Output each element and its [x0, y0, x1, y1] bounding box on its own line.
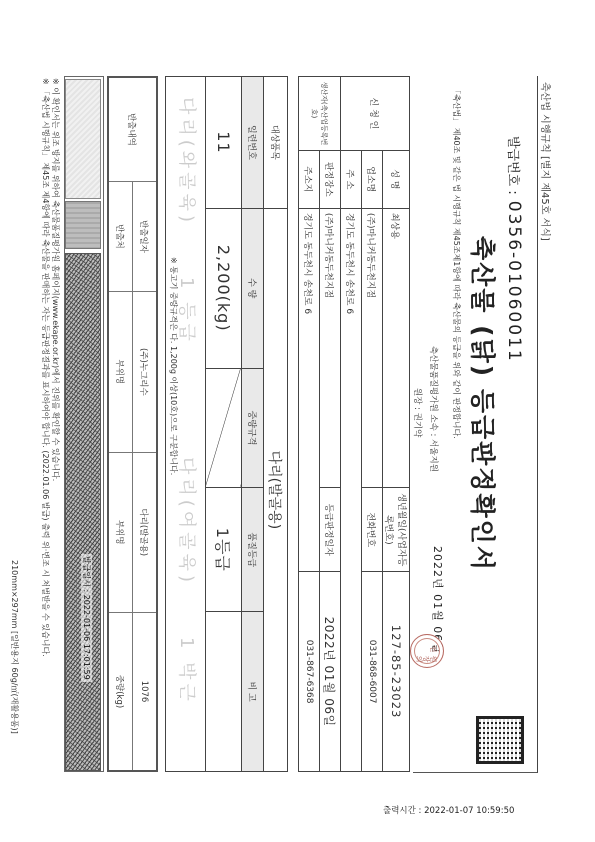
weight-spec-note: ※ 통고기 중량규격은 다. 1,200g 이상(10호)으로 구분합니다. [168, 257, 179, 475]
grade-value: 1등급 [206, 488, 242, 612]
dist-dest: (주)누그리수 [133, 292, 158, 452]
owner-address-label: 주소지 [299, 150, 320, 208]
legal-statement: 「축산법」 제40조 및 같은 법 시행규칙 제45조제1항에 따라 축산물의 … [451, 86, 462, 439]
name-label: 성 명 [383, 150, 410, 208]
applicant-section-label: 신 청 인 [341, 77, 410, 151]
print-time: 출력시간 : 2022-01-07 10:59:50 [383, 804, 514, 816]
business-reg-value: 127-85-23023 [383, 572, 410, 772]
header-quantity: 수 량 [242, 208, 264, 368]
applicant-table: 신 청 인 성 명 최상용 생년월일(사업자등록번호) 127-85-23023… [298, 76, 410, 772]
company-label: 업소명 [362, 150, 383, 208]
grading-date-value: 2022년 01월 06일 [320, 572, 341, 772]
document-title: 축산물 (닭) 등급판정확인서 [466, 236, 502, 572]
owner-phone-value: 031-867-6368 [299, 572, 320, 772]
paper-size-note: 210mm×297mm [일반용지 60g/㎡(재활용품)] [9, 560, 20, 734]
issue-number: 발급번호 :0356-01060011 [504, 136, 524, 363]
watermark-4: 1 박근 [175, 637, 201, 705]
owner-section-label: 생산자(축산업등록번호) [299, 77, 341, 151]
dist-item: 다리(발골용) [133, 452, 158, 612]
phone-value: 031-868-6007 [362, 572, 383, 772]
header-remark: 비 고 [242, 612, 264, 772]
watermark-3: 다리(여골육) [175, 457, 201, 586]
grading-items-table: 대상품목 다리(발골용) 일련번호 수 량 중량규격 품질등급 비 고 11 2… [165, 76, 288, 772]
header-grade: 품질등급 [242, 488, 264, 612]
security-pattern-light [65, 79, 101, 199]
remark-value [206, 612, 242, 772]
name-value: 최상용 [383, 208, 410, 488]
issue-timestamp: 발급일시 : 2022-01-06 17:01:59 [81, 554, 92, 682]
company-value: (주)마니커동두천지점 [362, 208, 383, 488]
distribution-table: 반출내역 반출일자 (주)누그리수 다리(발골용) 1076 반출처 부위명 부… [107, 76, 158, 772]
footnote-2: ※ 「축산법 시행규칙」 제45조 제4항에 따라 축산물을 판매하는 자는 등… [40, 78, 50, 657]
weight-spec-value [206, 368, 242, 488]
distribution-section-label: 반출내역 [108, 77, 157, 181]
grading-site-value: (주)마니커동두천지점 [320, 208, 341, 488]
official-seal-icon: 원장의인 [410, 634, 444, 668]
address-label: 주 소 [341, 150, 362, 208]
dist-part-label-2: 부위명 [108, 452, 133, 612]
phone-label: 전화번호 [362, 488, 383, 572]
header-serial: 일련번호 [242, 77, 264, 209]
dist-header-dest: 반출처 [108, 181, 133, 291]
form-reference: 축산법 시행규칙 [별지 제45호 서식] [539, 82, 554, 241]
dist-header-date: 반출일자 [133, 181, 158, 291]
serial-value: 11 [206, 77, 242, 209]
header-weight-spec: 중량규격 [242, 368, 264, 488]
target-item-value: 다리(발골용) [264, 208, 288, 771]
security-band: 발급일시 : 2022-01-06 17:01:59 [64, 76, 104, 772]
watermark-1: 다리(와골육) [175, 97, 201, 226]
rotated-certificate: 축산법 시행규칙 [별지 제45호 서식] 발급번호 :0356-0106001… [46, 76, 558, 776]
issue-number-label: 발급번호 : [505, 136, 520, 195]
dist-part-label: 부위명 [108, 292, 133, 452]
security-pattern-barcode [65, 201, 101, 249]
quantity-value: 2,200(kg) [206, 208, 242, 368]
issuing-office: 축산물품질평가원 소속 : 서울지원 [428, 346, 440, 472]
address-value: 경기도 동두천시 송천로 6 [341, 208, 362, 771]
grading-site-label: 판정장소 [320, 150, 341, 208]
footnotes: ※ 이 확인서는 위조 방지를 위하여 축산물품질평가원 홈페이지(www.ek… [40, 78, 60, 657]
issue-number-value: 0356-01060011 [504, 201, 524, 363]
watermark-area: 다리(와골육) 1 등급 다리(여골육) 1 박근 ※ 통고기 중량규격은 다.… [166, 77, 206, 772]
security-pattern-noise: 발급일시 : 2022-01-06 17:01:59 [65, 253, 101, 771]
dist-weight-label: 중량(kg) [108, 613, 133, 771]
footnote-1: ※ 이 확인서는 위조 방지를 위하여 축산물품질평가원 홈페이지(www.ek… [50, 78, 60, 657]
dist-amount: 1076 [133, 613, 158, 771]
owner-address-value: 경기도 동두천시 송천로 6 [299, 208, 320, 571]
office-head: 원장 : 권기약 [412, 388, 424, 437]
grading-date-label: 등급판정일자 [320, 488, 341, 572]
business-reg-label: 생년월일(사업자등록번호) [383, 488, 410, 572]
target-item-label: 대상품목 [264, 77, 288, 209]
qr-code-icon[interactable] [476, 716, 524, 764]
